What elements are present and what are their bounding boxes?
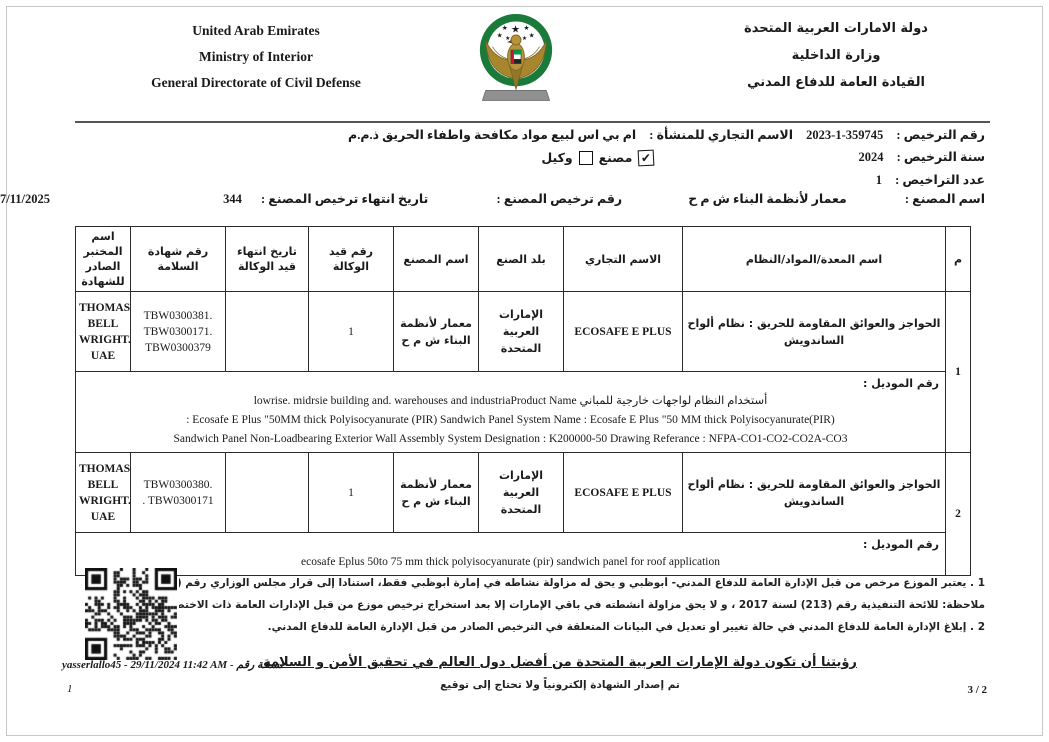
col-header-no: م (946, 227, 971, 292)
table-header-row: م اسم المعدة/المواد/النظام الاسم التجاري… (76, 227, 971, 292)
factory-cell: معمار لأنظمة البناء ش م ح (394, 453, 479, 533)
agency-no-cell: 1 (309, 453, 394, 533)
model-label: رقم الموديل : (82, 536, 939, 553)
license-year-label: سنة الترخيص : (897, 150, 985, 164)
system-cell: الحواجز والعوائق المقاومة للحريق : نظام … (683, 453, 946, 533)
lab-cell: THOMAS BELL WRIGHT. UAE (76, 453, 131, 533)
lab-cell: THOMAS BELL WRIGHT. UAE (76, 292, 131, 372)
agency-expiry-cell (226, 453, 309, 533)
model-label: رقم الموديل : (82, 375, 939, 392)
row-number: 2 (946, 453, 971, 576)
header-english: United Arab Emirates Ministry of Interio… (88, 24, 424, 102)
trade-name-cell: ECOSAFE E PLUS (564, 453, 683, 533)
header-divider (75, 121, 990, 123)
svg-text:★: ★ (497, 32, 503, 39)
directorate-title-ar: القيادة العامة للدفاع المدني (645, 76, 1027, 90)
uae-coat-of-arms-icon: ★ ★ ★ ★ ★ ★ ★ (474, 9, 558, 113)
svg-text:★: ★ (511, 24, 520, 35)
cert-no-cell: TBW0300381. TBW0300171. TBW0300379 (131, 292, 226, 372)
agent-checkbox (579, 151, 593, 165)
trade-name-label: الاسم التجاري للمنشأة : (649, 128, 793, 142)
license-number-value: 359745-1-2023 (806, 128, 883, 142)
col-header-lab: اسم المختبر الصادر للشهادة (76, 227, 131, 292)
agency-expiry-cell (226, 292, 309, 372)
directorate-title-en: General Directorate of Civil Defense (88, 76, 424, 90)
electronic-issue-note: تم إصدار الشهادة إلكترونياً ولا تحتاج إل… (180, 679, 940, 691)
footer-center: رؤيتنا أن تكون دولة الإمارات العربية الم… (180, 655, 940, 691)
qr-code (85, 568, 177, 660)
certificate-page: United Arab Emirates Ministry of Interio… (0, 0, 1049, 742)
establishment-type-group: مصنع وكيل (541, 150, 660, 166)
col-header-agency-no: رقم قيد الوكالة (309, 227, 394, 292)
note-line: ملاحظة: للائحة التنفيذية رقم (213) لسنة … (179, 599, 985, 612)
licenses-count-value: 1 (876, 173, 882, 187)
factory-license-expiry-label: تاريخ انتهاء ترخيص المصنع : (261, 192, 428, 206)
vision-statement: رؤيتنا أن تكون دولة الإمارات العربية الم… (180, 655, 940, 670)
factory-info-line: اسم المصنع : معمار لأنظمة البناء ش م ح ر… (0, 191, 985, 207)
license-number-line: رقم الترخيص : 359745-1-2023 الاسم التجار… (348, 127, 985, 143)
col-header-cert-no: رقم شهادة السلامة (131, 227, 226, 292)
copy-info: yasserlallo45 - 29/11/2024 11:42 AM - نس… (62, 658, 283, 671)
factory-cell: معمار لأنظمة البناء ش م ح (394, 292, 479, 372)
agency-no-cell: 1 (309, 292, 394, 372)
country-cell: الإمارات العربية المتحدة (479, 292, 564, 372)
factory-name-value: معمار لأنظمة البناء ش م ح (688, 192, 847, 206)
ministry-title-en: Ministry of Interior (88, 50, 424, 64)
factory-checkbox (638, 150, 655, 167)
col-header-factory: اسم المصنع (394, 227, 479, 292)
svg-text:★: ★ (529, 32, 535, 39)
col-header-country: بلد الصنع (479, 227, 564, 292)
agent-checkbox-label: وكيل (541, 150, 572, 166)
col-header-agency-expiry: تاريخ انتهاء قيد الوكالة (226, 227, 309, 292)
license-year-line: سنة الترخيص : 2024 مصنع وكيل (541, 149, 985, 166)
license-year-value: 2024 (858, 150, 883, 164)
factory-license-expiry-value: 07/11/2025 (0, 192, 50, 206)
col-header-system: اسم المعدة/المواد/النظام (683, 227, 946, 292)
ministry-title-ar: وزارة الداخلية (645, 49, 1027, 63)
svg-text:★: ★ (502, 25, 508, 32)
svg-text:★: ★ (524, 25, 530, 32)
cert-no-cell: TBW0300380. . TBW0300171 (131, 453, 226, 533)
license-number-label: رقم الترخيص : (896, 128, 985, 142)
licenses-count-label: عدد التراخيص : (895, 173, 985, 187)
system-cell: الحواجز والعوائق المقاومة للحريق : نظام … (683, 292, 946, 372)
notes-section: 1 . يعتبر الموزع مرخص من قبل الإدارة الع… (179, 577, 985, 643)
equipment-table: م اسم المعدة/المواد/النظام الاسم التجاري… (75, 226, 970, 576)
model-row: رقم الموديل : lowrise. midrsie building … (76, 372, 971, 453)
factory-license-no-value: 344 (223, 192, 242, 206)
factory-name-label: اسم المصنع : (905, 192, 985, 206)
col-header-trade-name: الاسم التجاري (564, 227, 683, 292)
header-arabic: دولة الامارات العربية المتحدة وزارة الدا… (645, 22, 1027, 103)
licenses-count-line: عدد التراخيص : 1 (876, 172, 985, 188)
model-description: ecosafe Eplus 50to 75 mm thick polyisocy… (82, 553, 939, 572)
factory-checkbox-label: مصنع (599, 150, 633, 166)
table-row: 2 الحواجز والعوائق المقاومة للحريق : نظا… (76, 453, 971, 533)
country-title-en: United Arab Emirates (88, 24, 424, 38)
model-description: lowrise. midrsie building and. warehouse… (82, 392, 939, 449)
trade-name-value: ام بي اس لبيع مواد مكافحة واطفاء الحريق … (348, 128, 636, 142)
factory-license-no-label: رقم ترخيص المصنع : (496, 192, 622, 206)
svg-text:★: ★ (522, 35, 527, 42)
note-line: 2 . إبلاغ الإدارة العامة للدفاع المدني ف… (179, 621, 985, 634)
row-number: 1 (946, 292, 971, 453)
copy-number: 1 (67, 683, 73, 695)
model-row: رقم الموديل : ecosafe Eplus 50to 75 mm t… (76, 533, 971, 576)
table-row: 1 الحواجز والعوائق المقاومة للحريق : نظا… (76, 292, 971, 372)
country-cell: الإمارات العربية المتحدة (479, 453, 564, 533)
country-title-ar: دولة الامارات العربية المتحدة (645, 22, 1027, 36)
note-line: 1 . يعتبر الموزع مرخص من قبل الإدارة الع… (179, 577, 985, 590)
trade-name-cell: ECOSAFE E PLUS (564, 292, 683, 372)
page-number: 3 / 2 (967, 684, 987, 696)
